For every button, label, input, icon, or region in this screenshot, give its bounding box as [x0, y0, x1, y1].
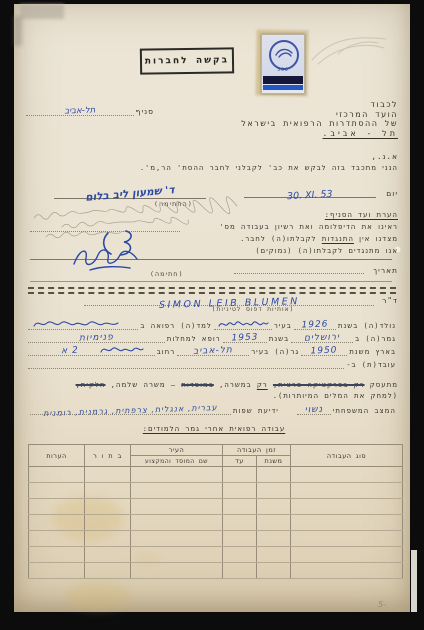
col-header-work-type: סוג העבודה [291, 445, 403, 467]
committee-line-2-emphasis: התנגדות [322, 235, 354, 243]
practice-employed: במשרה, [219, 381, 252, 389]
branch-field: תל-אביב [26, 104, 134, 116]
pencil-scribble-top-right [308, 30, 392, 68]
handwriting-illegible-street [99, 345, 145, 355]
table-row [29, 531, 403, 547]
col-header-role: ב ת ו ר [85, 445, 131, 467]
table-row [29, 483, 403, 499]
works-field [28, 357, 344, 369]
handwriting-illegible-school [32, 319, 122, 329]
bio-row-born: נולד(ה) בשנת 1926 בעיר למד(ה) רפואה ב [28, 317, 398, 330]
col-header-institution: שם המוסד והמקצוע [131, 456, 223, 467]
name-caption: (אותיות דפוס לטיניות) [198, 306, 308, 313]
applicant-signature-field: ד' שמעון ליב בלום [54, 180, 206, 199]
practice-line: מתעסק רק בפרקטיקה פרטית, רק במשרה, במוסד… [76, 381, 398, 389]
table-row [29, 563, 403, 579]
name-field: SIMON LEIB BLUMEN [84, 291, 374, 306]
marital-field: נשוי [297, 403, 331, 415]
committee-date-label: תאריך [373, 266, 398, 275]
graduated-place-field: ירושלים [291, 331, 353, 343]
born-city-label: בעיר [272, 322, 294, 330]
branch-row: סניף תל-אביב [26, 104, 156, 116]
branch-label: סניף [134, 107, 156, 116]
committee-line-2-prefix: מצדנו אין [354, 235, 398, 243]
committee-date-field [234, 262, 364, 274]
city-field: תל-אביב [177, 344, 249, 356]
born-year-label: נולד(ה) בשנת [336, 322, 398, 330]
membership-request-stamp: בקשה לחברות [140, 47, 234, 74]
grad-year-label: בשנת [267, 335, 291, 343]
pencil-annotations [32, 210, 247, 246]
request-line: הנני מתכבד בזה לבקש את כב' לקבלני לחבר ה… [140, 164, 398, 172]
city-label: גר(ה) בעיר [249, 348, 301, 356]
stamp-box-label: בקשה לחברות [145, 55, 229, 66]
salutation: א.נ., [371, 152, 398, 161]
languages-handwritten: עברית, אנגלית, צרפתית, גרמנית, רומנית [30, 402, 231, 418]
section-rule-line [30, 280, 392, 282]
work-table-title: עבודה רפואית אחרי גמר הלמודים: [104, 425, 324, 433]
graduated-label: גמר(ה) ב [353, 335, 398, 343]
work-table: סוג העבודה זמן העבודה העיר ב ת ו ר הערות… [28, 444, 403, 579]
scanned-document: { "document": { "stamp_box": "בקשה לחברו… [0, 0, 424, 630]
grad-year-field: 1953 [223, 331, 267, 343]
studied-label: למד(ה) רפואה ב [138, 322, 214, 330]
street-field: 2 א [28, 344, 155, 356]
practice-only: רק [257, 381, 268, 389]
col-header-notes: הערות [29, 445, 85, 467]
doctor-title-label: ד"ר [382, 296, 398, 305]
stamp-blue-band [263, 85, 303, 90]
bio-row-works: עובד(ת) ב- [28, 356, 398, 369]
committee-signature-handwritten [70, 244, 142, 274]
address-line-3: של ההסתדרות הרפואית בישראל [241, 119, 398, 129]
works-label: עובד(ת) ב- [344, 361, 398, 369]
born-year-handwritten: 1926 [294, 319, 336, 330]
bio-row-graduated: גמר(ה) ב ירושלים בשנת 1953 רופא למחלות פ… [28, 330, 398, 343]
revenue-stamp: 500 [261, 34, 305, 94]
table-row [29, 499, 403, 515]
address-line-4: תל - אביב. [241, 129, 398, 139]
practice-struck-institutions: במוסדות [181, 381, 214, 389]
street-label: רחוב [155, 348, 177, 356]
margin-note-pencil: 5- [378, 600, 386, 609]
marital-languages-row: המצב המשפחתי נשוי ידיעת שפות עברית, אנגל… [30, 402, 398, 415]
col-header-from: משנת [257, 456, 291, 467]
stamp-value: 500 [262, 68, 304, 73]
table-row [29, 467, 403, 483]
stamp-emblem-icon [269, 40, 299, 70]
practice-full-position: — משרה שלמה, [111, 381, 176, 389]
house-number-handwritten: 2 א [55, 345, 85, 356]
born-city-field [214, 318, 272, 330]
committee-signature-caption: (חתימה) [150, 270, 183, 278]
committee-line-2: מצדנו אין התנגדות לקבלתו(ה) לחבר. [240, 235, 398, 243]
studied-field [28, 318, 138, 330]
document-page: בקשה לחברות 500 לכבוד הועד המרכזי של ההס… [14, 4, 410, 612]
marital-label: המצב המשפחתי [331, 407, 398, 415]
marital-handwritten: נשוי [297, 404, 331, 415]
stamp-dark-band [263, 76, 303, 84]
work-table-body [29, 467, 403, 579]
specialty-label: רופא למחלות [165, 335, 223, 343]
col-header-period: זמן העבודה [223, 445, 291, 456]
aliyah-label: בארץ משנת [347, 348, 398, 356]
languages-label: ידיעת שפות [231, 407, 281, 415]
tape-mark-top-left [20, 4, 64, 19]
practice-note: (למחק את המלים המיותרות). [273, 392, 398, 400]
address-line-2: הועד המרכזי [241, 110, 398, 120]
col-header-city: העיר [131, 445, 223, 456]
address-line-1: לכבוד [241, 100, 398, 110]
aliyah-year-field: 1950 [301, 344, 347, 356]
specialty-field: פנימיות [28, 331, 165, 343]
col-header-to: עד [223, 456, 257, 467]
practice-lead: מתעסק [370, 381, 398, 389]
languages-field: עברית, אנגלית, צרפתית, גרמנית, רומנית [30, 403, 231, 415]
practice-struck-partial: חלקית, [76, 381, 106, 389]
committee-line-2-suffix: לקבלתו(ה) לחבר. [240, 235, 322, 243]
stain-bottom-left-2 [66, 582, 130, 610]
handwriting-illegible-city [217, 319, 269, 329]
born-year-field: 1926 [294, 318, 336, 330]
table-row [29, 515, 403, 531]
day-label: יום [386, 189, 398, 198]
table-row [29, 547, 403, 563]
bio-row-residence: בארץ משנת 1950 גר(ה) בעיר תל-אביב רחוב 2… [28, 343, 398, 356]
committee-note-title: הערת ועד הסניף: [325, 211, 398, 219]
branch-handwritten-value: תל-אביב [26, 104, 134, 118]
practice-struck-private: רק בפרקטיקה פרטית, [273, 381, 365, 389]
committee-line-3: אנו מתנגדים לקבלתו(ה) (נמוקים) [255, 247, 398, 255]
date-field: 30. XI. 53 [244, 183, 376, 198]
scan-edge-sliver [411, 550, 417, 612]
smudge-left-edge [14, 16, 22, 46]
date-handwritten: 30. XI. 53 [287, 189, 333, 202]
address-block: לכבוד הועד המרכזי של ההסתדרות הרפואית בי… [241, 100, 398, 138]
